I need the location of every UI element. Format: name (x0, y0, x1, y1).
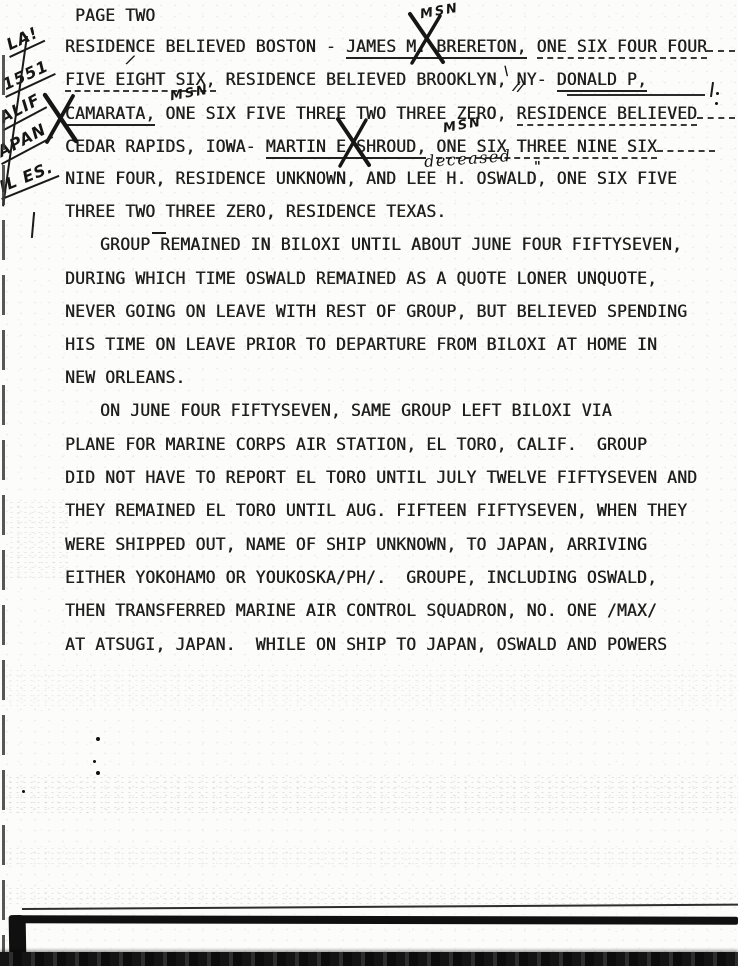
typed-text: NEW ORLEANS. (65, 368, 185, 387)
typed-text: EITHER YOKOHAMO OR YOUKOSKA/PH/. GROUPE,… (65, 568, 657, 587)
pen-dot (715, 102, 718, 105)
typed-text: RESIDENCE BELIEVED BOSTON - (65, 37, 346, 56)
typed-line: THEN TRANSFERRED MARINE AIR CONTROL SQUA… (65, 601, 657, 621)
handwritten-underline-squiggle: // (513, 79, 525, 96)
typed-line: ON JUNE FOUR FIFTYSEVEN, SAME GROUP LEFT… (100, 401, 612, 421)
typed-line: THREE TWO THREE ZERO, RESIDENCE TEXAS. (65, 202, 446, 222)
x-strike-icon (334, 117, 372, 167)
scan-smudge-band (0, 886, 738, 904)
scanned-document-page: PAGE TWO RESIDENCE BELIEVED BOSTON - JAM… (0, 0, 738, 966)
typed-line: NEW ORLEANS. (65, 368, 185, 388)
ink-dot (22, 790, 25, 793)
pen-tick (710, 82, 714, 97)
typed-text: THREE TWO THREE ZERO, RESIDENCE TEXAS. (65, 202, 446, 221)
scan-smudge-band (0, 668, 738, 708)
ink-dot (96, 771, 100, 775)
typed-line: THEY REMAINED EL TORO UNTIL AUG. FIFTEEN… (65, 501, 687, 521)
typed-text: AT ATSUGI, JAPAN. WHILE ON SHIP TO JAPAN… (65, 635, 667, 654)
typed-text: GROUP REMAINED IN BILOXI UNTIL ABOUT JUN… (100, 235, 682, 254)
typed-line: DURING WHICH TIME OSWALD REMAINED AS A Q… (65, 269, 657, 289)
typed-text: ON JUNE FOUR FIFTYSEVEN, SAME GROUP LEFT… (100, 401, 612, 420)
typed-line: EITHER YOKOHAMO OR YOUKOSKA/PH/. GROUPE,… (65, 568, 657, 588)
typed-text: THEN TRANSFERRED MARINE AIR CONTROL SQUA… (65, 601, 657, 620)
typed-line: DID NOT HAVE TO REPORT EL TORO UNTIL JUL… (65, 468, 697, 488)
handwritten-slash: \ (503, 64, 509, 79)
underline-extension (707, 36, 735, 52)
typed-line: FIVE EIGHT SIX, RESIDENCE BELIEVED BROOK… (65, 70, 647, 90)
page-number-heading: PAGE TWO (75, 6, 155, 25)
typed-line: CAMARATA, ONE SIX FIVE THREE TWO THREE Z… (65, 103, 735, 124)
scan-thin-line (22, 904, 738, 910)
typed-text: DID NOT HAVE TO REPORT EL TORO UNTIL JUL… (65, 468, 697, 487)
ink-dot (93, 760, 96, 763)
pen-dot (716, 92, 719, 95)
dashed-underlined-number: ONE SIX FOUR FOUR (537, 37, 708, 59)
scan-bottom-band (0, 952, 738, 966)
underline-extension (657, 136, 715, 152)
typed-text: WERE SHIPPED OUT, NAME OF SHIP UNKNOWN, … (65, 535, 647, 554)
scan-smudge-band (0, 775, 738, 813)
typed-text: THEY REMAINED EL TORO UNTIL AUG. FIFTEEN… (65, 501, 687, 520)
scan-smudge-patch (8, 500, 68, 578)
typed-text: HIS TIME ON LEAVE PRIOR TO DEPARTURE FRO… (65, 335, 657, 354)
handwritten-quote-mark: " (534, 160, 541, 175)
typed-line: NEVER GOING ON LEAVE WITH REST OF GROUP,… (65, 302, 687, 322)
typed-line: GROUP REMAINED IN BILOXI UNTIL ABOUT JUN… (100, 235, 682, 255)
underline-extension (697, 103, 735, 119)
typed-line: HIS TIME ON LEAVE PRIOR TO DEPARTURE FRO… (65, 335, 657, 355)
typed-text: CEDAR RAPIDS, IOWA- (65, 137, 266, 156)
pen-overline (152, 232, 166, 234)
typed-line: AT ATSUGI, JAPAN. WHILE ON SHIP TO JAPAN… (65, 635, 667, 655)
dashed-underlined-phrase: RESIDENCE BELIEVED (517, 104, 698, 126)
scan-smudge-band (0, 846, 738, 868)
typed-text: PLANE FOR MARINE CORPS AIR STATION, EL T… (65, 435, 647, 454)
scan-bottom-bar (12, 915, 738, 925)
typed-text: NINE FOUR, RESIDENCE UNKNOWN, AND LEE H.… (65, 169, 677, 188)
typed-line: WERE SHIPPED OUT, NAME OF SHIP UNKNOWN, … (65, 535, 647, 555)
typed-text (527, 37, 537, 56)
ink-dot (96, 737, 100, 741)
underlined-name-donald: DONALD P, (557, 70, 647, 92)
margin-pen-tick (31, 212, 35, 238)
typed-text: DURING WHICH TIME OSWALD REMAINED AS A Q… (65, 269, 657, 288)
typed-line: PLANE FOR MARINE CORPS AIR STATION, EL T… (65, 435, 647, 455)
x-strike-icon (406, 12, 446, 64)
scan-left-edge-line (2, 55, 5, 960)
typed-text: NEVER GOING ON LEAVE WITH REST OF GROUP,… (65, 302, 687, 321)
typed-line: RESIDENCE BELIEVED BOSTON - JAMES M. BRE… (65, 36, 735, 57)
typed-line: NINE FOUR, RESIDENCE UNKNOWN, AND LEE H.… (65, 169, 677, 189)
typed-line: CEDAR RAPIDS, IOWA- MARTIN E SHROUD, ONE… (65, 136, 715, 157)
